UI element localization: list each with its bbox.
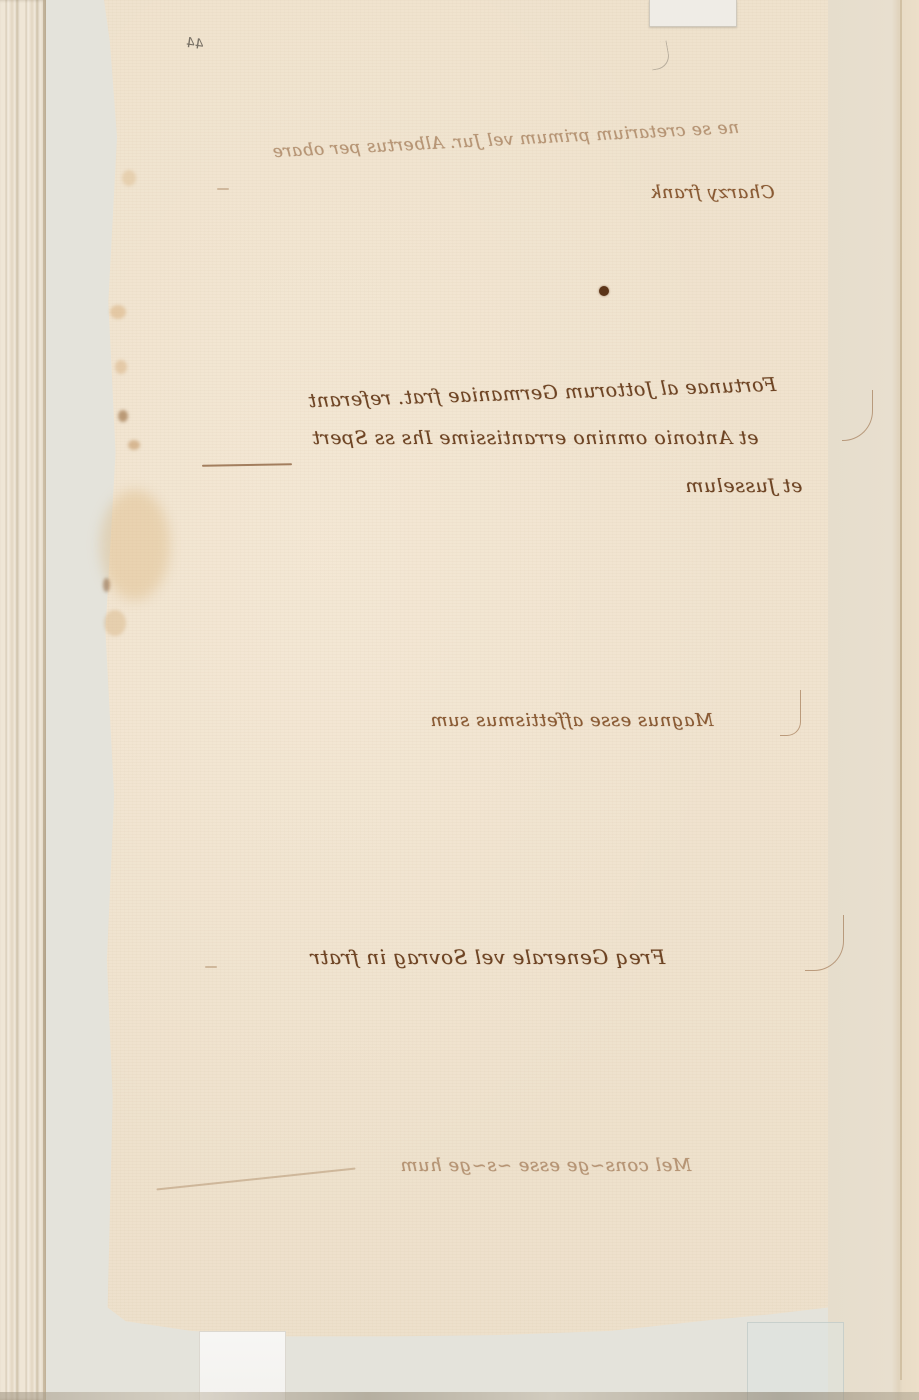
foxing-spot [115, 360, 127, 374]
foxing-spot [104, 610, 126, 636]
volume-bottom-edge [0, 1392, 919, 1400]
dash-stroke [217, 188, 229, 190]
handwritten-line-6: Magnus esse affettismus sum [430, 710, 714, 731]
gutter-fold-line [900, 0, 902, 1380]
transparent-repair-tab [747, 1322, 844, 1400]
binding-gutter [828, 0, 919, 1400]
foxing-spot [110, 305, 126, 319]
initial-flourish [780, 690, 801, 736]
handwritten-line-5: et Jusselum [685, 475, 802, 497]
ink-speck [118, 410, 128, 422]
ink-blot [599, 286, 609, 296]
mounting-tab-top [649, 0, 737, 27]
water-stain [100, 490, 170, 600]
folio-number-mark: 44 [185, 35, 205, 53]
ink-speck [103, 578, 110, 592]
handwritten-line-2: Charzy frank [650, 182, 775, 203]
foxing-spot [128, 440, 140, 450]
dash-stroke [205, 966, 217, 968]
handwritten-line-8: Mel cons~ge esse ~s~ge hum [400, 1155, 691, 1176]
mounting-tab-bottom [199, 1331, 286, 1400]
handwritten-line-4: et Antonio omnino errantissime Ihs ss Sp… [312, 427, 759, 449]
foxing-spot [122, 170, 136, 186]
page-edge-stack [0, 0, 46, 1400]
manuscript-scan: 44 ne se cretarium primum vel Jur. Alber… [0, 0, 919, 1400]
handwritten-line-7: Freq Generale vel Sovrag in fratr [310, 945, 665, 969]
